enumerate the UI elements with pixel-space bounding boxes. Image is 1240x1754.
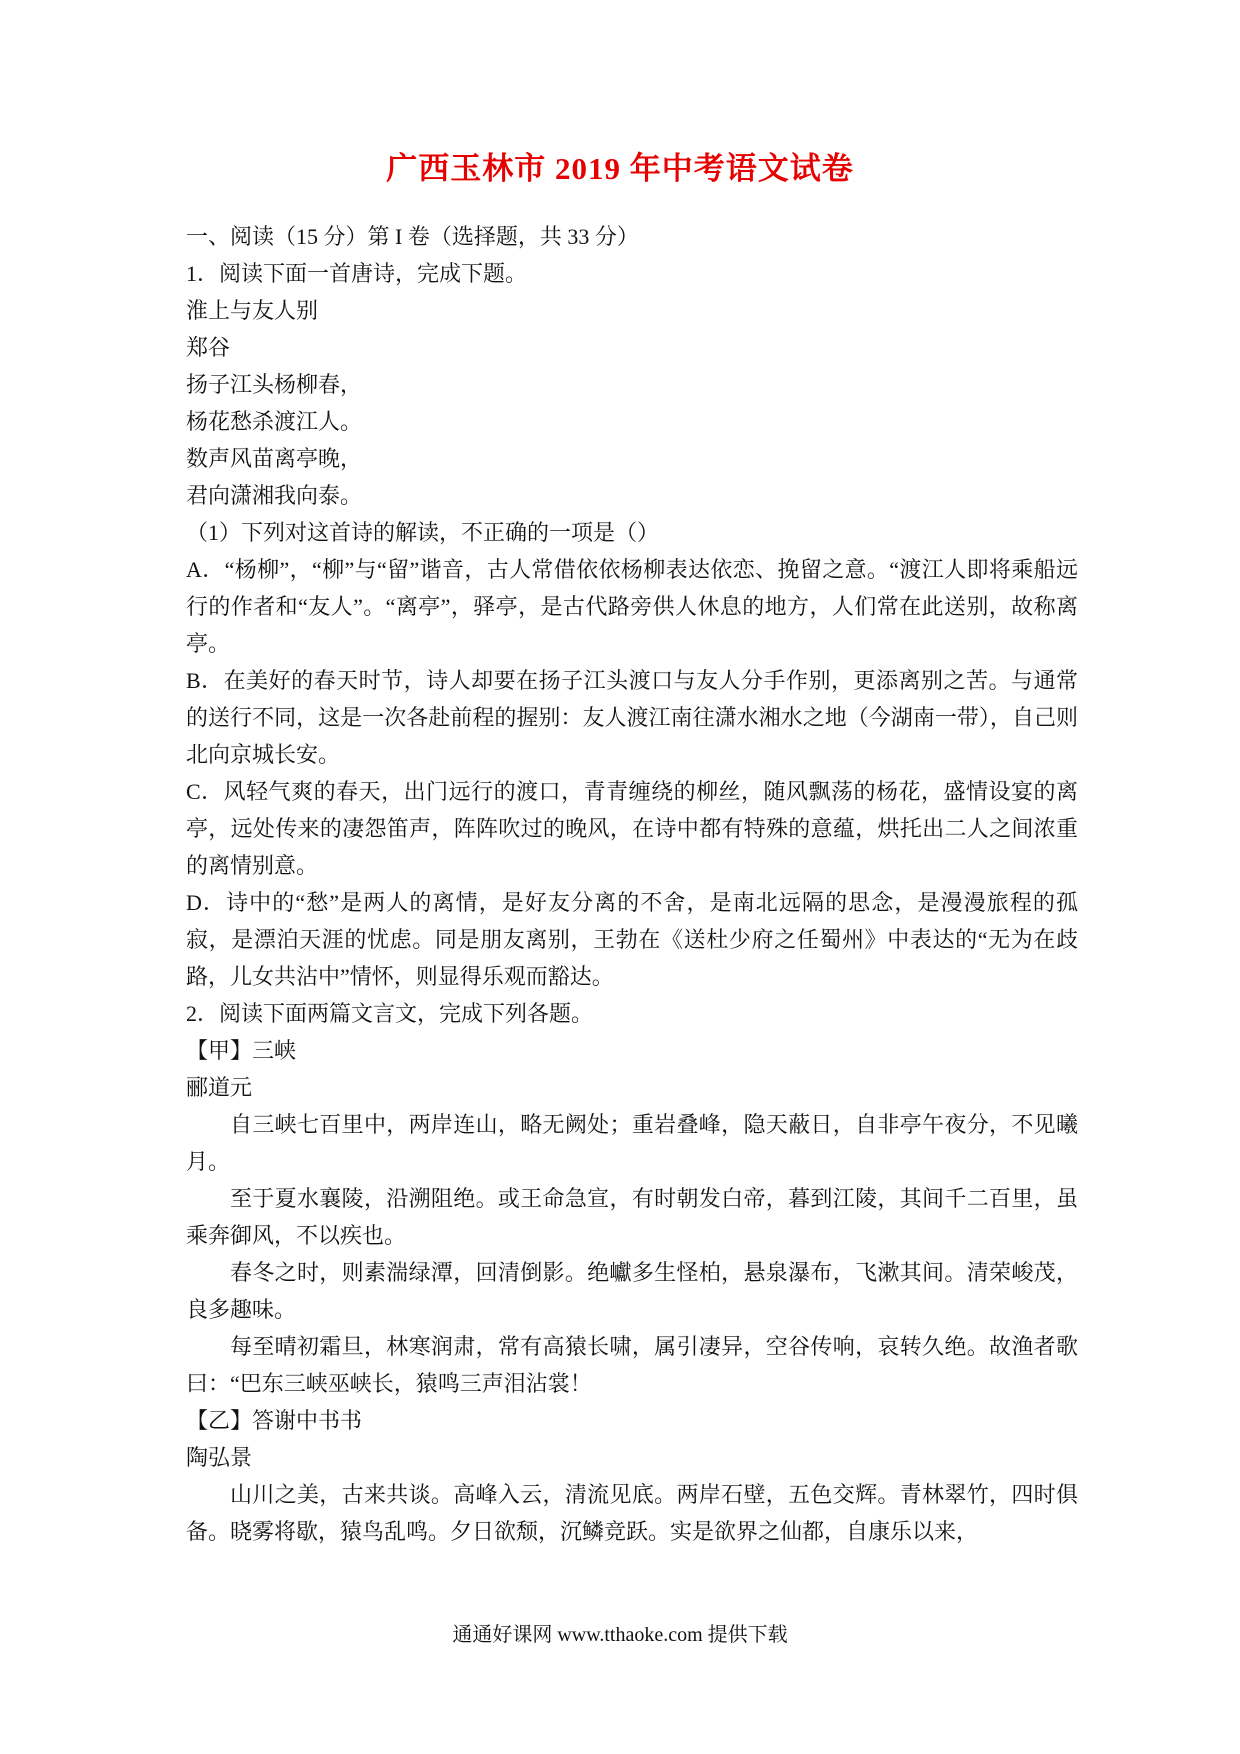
- poem-author: 郑谷: [186, 329, 1078, 366]
- option-c: C．风轻气爽的春天，出门远行的渡口，青青缠绕的柳丝，随风飘荡的杨花，盛情设宴的离…: [186, 773, 1078, 884]
- passage-jia-paragraph: 每至晴初霜旦，林寒润肃，常有高猿长啸，属引凄异，空谷传响，哀转久绝。故渔者歌曰：…: [186, 1328, 1078, 1402]
- poem-line: 数声风苗离亭晚，: [186, 440, 1078, 477]
- poem-title: 淮上与友人别: [186, 292, 1078, 329]
- footer-download-note: 通通好课网 www.tthaoke.com 提供下载: [0, 1620, 1240, 1650]
- option-b: B．在美好的春天时节，诗人却要在扬子江头渡口与友人分手作别，更添离别之苦。与通常…: [186, 662, 1078, 773]
- passage-author-yi: 陶弘景: [186, 1439, 1078, 1476]
- document-body: 一、阅读（15 分）第 I 卷（选择题，共 33 分）1．阅读下面一首唐诗，完成…: [0, 218, 1240, 1550]
- passage-jia-paragraph: 至于夏水襄陵，沿溯阻绝。或王命急宣，有时朝发白帝，暮到江陵，其间千二百里，虽乘奔…: [186, 1180, 1078, 1254]
- option-a: A．“杨柳”，“柳”与“留”谐音，古人常借依依杨柳表达依恋、挽留之意。“渡江人即…: [186, 551, 1078, 662]
- question-1: 1．阅读下面一首唐诗，完成下题。: [186, 255, 1078, 292]
- question-2: 2．阅读下面两篇文言文，完成下列各题。: [186, 995, 1078, 1032]
- section-heading: 一、阅读（15 分）第 I 卷（选择题，共 33 分）: [186, 218, 1078, 255]
- passage-jia-paragraph: 春冬之时，则素湍绿潭，回清倒影。绝巘多生怪柏，悬泉瀑布，飞漱其间。清荣峻茂，良多…: [186, 1254, 1078, 1328]
- passage-author-jia: 郦道元: [186, 1069, 1078, 1106]
- passage-label-jia: 【甲】三峡: [186, 1032, 1078, 1069]
- option-d: D．诗中的“愁”是两人的离情，是好友分离的不舍，是南北远隔的思念，是漫漫旅程的孤…: [186, 884, 1078, 995]
- poem-line: 君向潇湘我向泰。: [186, 477, 1078, 514]
- sub-question-1: （1）下列对这首诗的解读，不正确的一项是（）: [186, 514, 1078, 551]
- passage-yi-paragraph: 山川之美，古来共谈。高峰入云，清流见底。两岸石壁，五色交辉。青林翠竹，四时俱备。…: [186, 1476, 1078, 1550]
- page-title: 广西玉林市 2019 年中考语文试卷: [0, 0, 1240, 192]
- passage-jia-paragraph: 自三峡七百里中，两岸连山，略无阙处；重岩叠峰，隐天蔽日，自非亭午夜分，不见曦月。: [186, 1106, 1078, 1180]
- poem-line: 杨花愁杀渡江人。: [186, 403, 1078, 440]
- passage-label-yi: 【乙】答谢中书书: [186, 1402, 1078, 1439]
- poem-line: 扬子江头杨柳春，: [186, 366, 1078, 403]
- exam-paper-page: 广西玉林市 2019 年中考语文试卷 一、阅读（15 分）第 I 卷（选择题，共…: [0, 0, 1240, 1754]
